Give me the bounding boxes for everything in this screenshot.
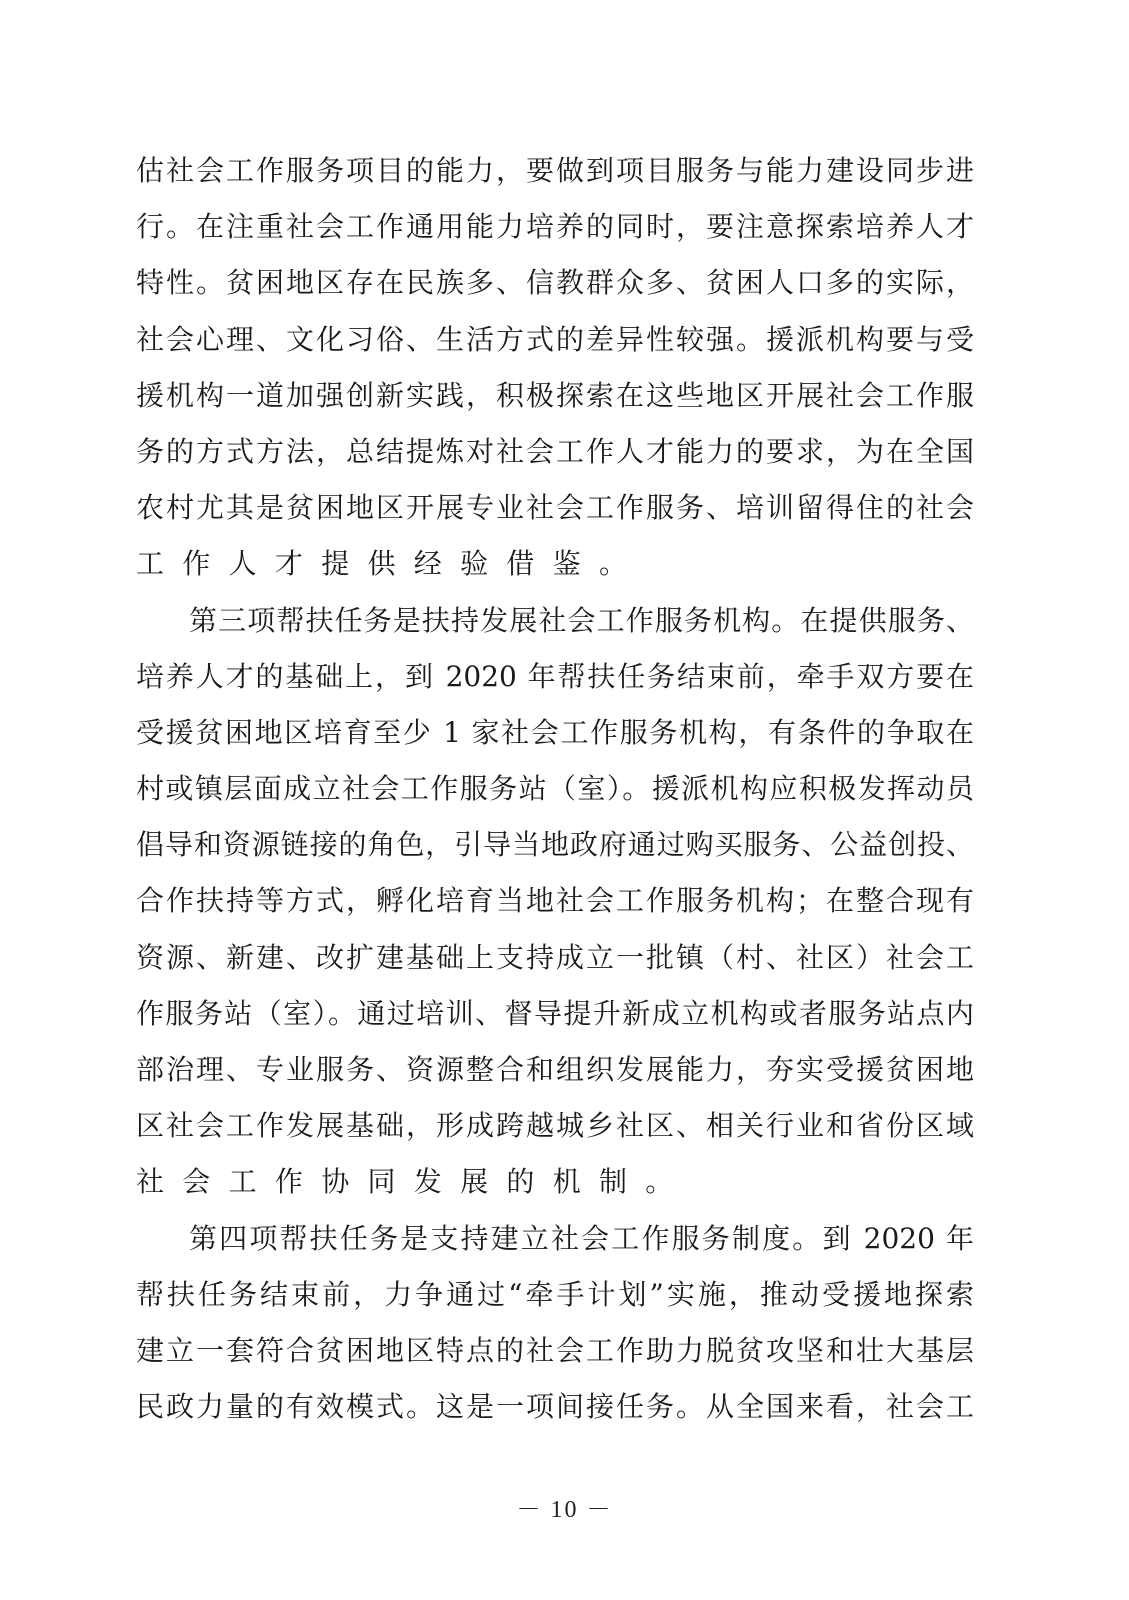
paragraph-first-line: 第四项帮扶任务是支持建立社会工作服务制度。到 2020 年 [136, 1211, 974, 1267]
text-line: 特性。贫困地区存在民族多、信教群众多、贫困人口多的实际， [136, 255, 974, 311]
text-line: 务的方式方法，总结提炼对社会工作人才能力的要求，为在全国 [136, 424, 974, 480]
text-line: 帮扶任务结束前，力争通过“牵手计划”实施，推动受援地探索 [136, 1267, 974, 1323]
text-line: 民政力量的有效模式。这是一项间接任务。从全国来看，社会工 [136, 1379, 974, 1435]
text-line: 社会心理、文化习俗、生活方式的差异性较强。援派机构要与受 [136, 312, 974, 368]
text-line: 合作扶持等方式，孵化培育当地社会工作服务机构；在整合现有 [136, 873, 974, 929]
text-line: 行。在注重社会工作通用能力培养的同时，要注意探索培养人才 [136, 199, 974, 255]
text-line: 部治理、专业服务、资源整合和组织发展能力，夯实受援贫困地 [136, 1042, 974, 1098]
text-line: 受援贫困地区培育至少 1 家社会工作服务机构，有条件的争取在 [136, 705, 974, 761]
document-page: 估社会工作服务项目的能力，要做到项目服务与能力建设同步进 行。在注重社会工作通用… [0, 0, 1129, 1600]
text-line-last: 工作人才提供经验借鉴。 [136, 536, 986, 592]
text-line: 援机构一道加强创新实践，积极探索在这些地区开展社会工作服 [136, 368, 974, 424]
paragraph-first-line: 第三项帮扶任务是扶持发展社会工作服务机构。在提供服务、 [136, 593, 974, 649]
text-line: 建立一套符合贫困地区特点的社会工作助力脱贫攻坚和壮大基层 [136, 1323, 974, 1379]
text-line: 作服务站（室）。通过培训、督导提升新成立机构或者服务站点内 [136, 986, 974, 1042]
text-line-last: 社会工作协同发展的机制。 [136, 1154, 986, 1210]
text-line: 资源、新建、改扩建基础上支持成立一批镇（村、社区）社会工 [136, 930, 974, 986]
text-line: 村或镇层面成立社会工作服务站（室）。援派机构应积极发挥动员 [136, 761, 974, 817]
text-line: 区社会工作发展基础，形成跨越城乡社区、相关行业和省份区域 [136, 1098, 974, 1154]
page-number: － 10 － [0, 1489, 1129, 1524]
text-line: 农村尤其是贫困地区开展专业社会工作服务、培训留得住的社会 [136, 480, 974, 536]
text-line: 估社会工作服务项目的能力，要做到项目服务与能力建设同步进 [136, 143, 974, 199]
body-text: 估社会工作服务项目的能力，要做到项目服务与能力建设同步进 行。在注重社会工作通用… [136, 143, 986, 1435]
text-line: 培养人才的基础上，到 2020 年帮扶任务结束前，牵手双方要在 [136, 649, 974, 705]
text-line: 倡导和资源链接的角色，引导当地政府通过购买服务、公益创投、 [136, 817, 974, 873]
